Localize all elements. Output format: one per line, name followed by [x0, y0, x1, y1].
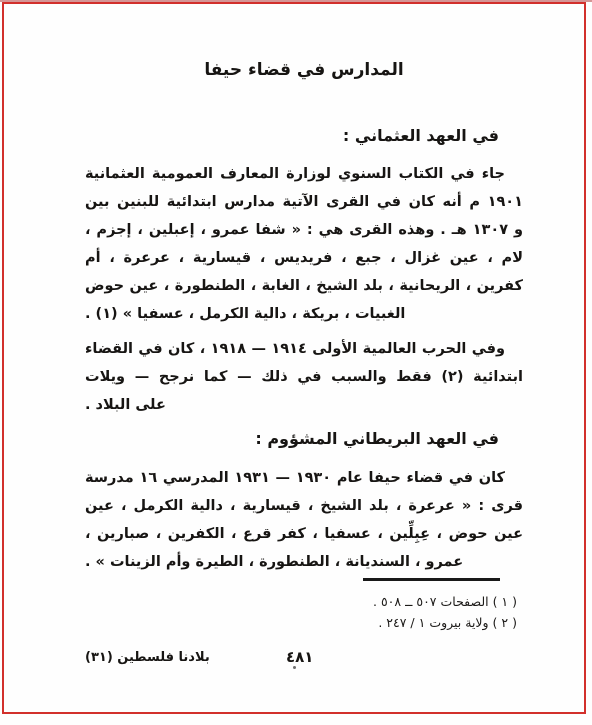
footnotes: ( ١ ) الصفحات ٥٠٧ ــ ٥٠٨ . ( ٢ ) ولاية ب…	[85, 591, 520, 633]
paragraph-line: لام ، عين غزال ، جبع ، فريديس ، قيسارية …	[85, 244, 523, 272]
book-footer-signature: بلادنا فلسطين (٣١)	[85, 650, 210, 665]
section-heading-british: في العهد البريطاني المشؤوم :	[85, 429, 523, 448]
paragraph-line: ١٩٠١ م أنه كان في القرى الآتية مدارس ابت…	[85, 188, 523, 216]
paragraph-line: جاء في الكتاب السنوي لوزارة المعارف العم…	[85, 160, 523, 188]
page-frame-top-accent	[0, 0, 592, 2]
section-heading-ottoman: في العهد العثماني :	[85, 126, 523, 145]
paragraph-line: عين حوض ، عِبِلِّين ، عسفيا ، كفر قرع ، …	[85, 520, 523, 548]
ink-speck	[293, 666, 296, 669]
paragraph-line: عمرو ، السنديانة ، الطنطورة ، الطيرة وأم…	[85, 548, 523, 576]
paragraph-british-schools: كان في قضاء حيفا عام ١٩٣٠ — ١٩٣١ المدرسي…	[85, 464, 523, 576]
paragraph-line: ابتدائية (٢) فقط والسبب في ذلك — كما نرج…	[85, 363, 523, 391]
paragraph-line: قرى : « عرعرة ، بلد الشيخ ، قيسارية ، دا…	[85, 492, 523, 520]
page-title: المدارس في قضاء حيفا	[85, 60, 523, 80]
paragraph-line: وفي الحرب العالمية الأولى ١٩١٤ — ١٩١٨ ، …	[85, 335, 523, 363]
footnote-item: ( ١ ) الصفحات ٥٠٧ ــ ٥٠٨ .	[85, 591, 517, 612]
paragraph-line: كفرين ، الريحانية ، بلد الشيخ ، الغابة ،…	[85, 272, 523, 300]
footnote-separator	[363, 578, 500, 581]
paragraph-ottoman-schools: جاء في الكتاب السنوي لوزارة المعارف العم…	[85, 160, 523, 328]
footnote-item: ( ٢ ) ولاية بيروت ١ / ٢٤٧ .	[85, 612, 517, 633]
book-page: المدارس في قضاء حيفا في العهد العثماني :…	[0, 0, 592, 725]
paragraph-line: الغبيات ، بريكة ، دالية الكرمل ، عسفيا »…	[85, 300, 523, 328]
page-number: ٤٨١	[286, 648, 313, 666]
paragraph-ww1: وفي الحرب العالمية الأولى ١٩١٤ — ١٩١٨ ، …	[85, 335, 523, 419]
paragraph-line: كان في قضاء حيفا عام ١٩٣٠ — ١٩٣١ المدرسي…	[85, 464, 523, 492]
paragraph-line: على البلاد .	[85, 391, 523, 419]
paragraph-line: و ١٣٠٧ هـ . وهذه القرى هي : « شفا عمرو ،…	[85, 216, 523, 244]
